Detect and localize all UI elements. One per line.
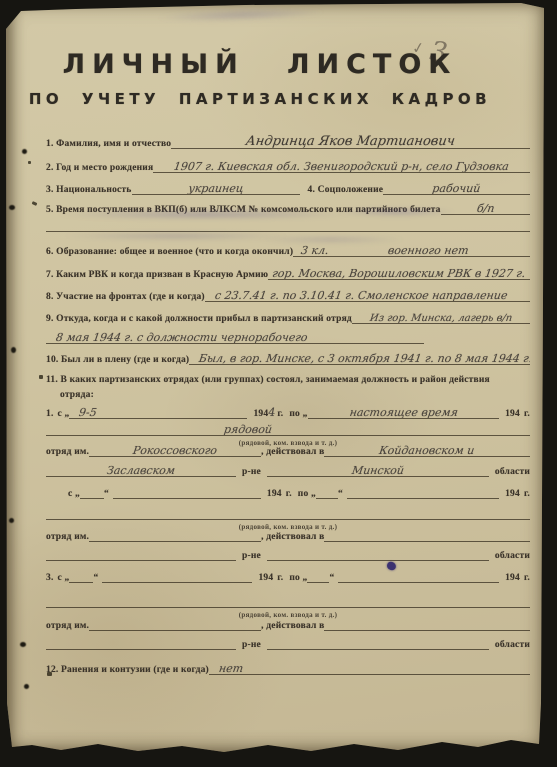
field-5-line: б/п [441,199,530,215]
field-5-label: 5. Время поступления в ВКП(б) или ВЛКСМ … [46,205,441,215]
field-row-5-continuation [46,217,530,232]
field-6-line: 3 кл. военного нет [293,241,530,257]
entry-3-from-line [102,567,252,583]
acted-label-2: , действовал в [261,532,324,542]
field-1-value: Андринца Яков Мартианович [171,134,530,149]
service-entry-2-dates: с „ “ 194 г. по „ “ 194 г. [68,484,530,499]
field-10-value: Был, в гор. Минске, с 3 октября 1941 г. … [189,352,530,365]
field-9-value-line1: Из гор. Минска, лагерь в/п [352,313,530,324]
entry-2-to-prefix: по „ [298,489,316,499]
service-entry-3-rank-row [46,593,530,608]
entry-3-to-day-line [307,567,329,583]
detachment-label-2: отряд им. [46,532,89,542]
field-12-label: 12. Ранения и контузии (где и когда) [46,665,209,675]
service-entry-1-district: Заславском р-не Минской области [46,462,530,477]
entry-3-to-line [338,567,499,583]
paper-speck [28,161,31,164]
entry-3-oblast-line [267,634,489,650]
field-9-value-line2: 8 мая 1944 г. с должности чернорабочего [46,331,424,344]
field-8-label: 8. Участие на фронтах (где и когда) [46,292,205,302]
field-2-value: 1907 г. Киевская обл. Звенигородский р-н… [153,160,530,173]
acted-label-1: , действовал в [261,447,324,457]
entry-1-acted-line1: Койдановском и [324,444,530,457]
entry-2-from-year-printed: 194 [267,489,282,499]
binding-hole [22,149,27,154]
field-row-3-4: 3. Национальность украинец 4. Соцположен… [46,180,530,195]
field-row-12: 12. Ранения и контузии (где и когда) нет [46,660,530,675]
service-entry-2-detachment: отряд им. , действовал в [46,527,530,542]
field-row-1: 1. Фамилия, имя и отчество Андринца Яков… [46,134,530,149]
service-entry-2-district: р-не области [46,546,530,561]
field-12-line: нет [209,659,530,675]
field-8-line: с 23.7.41 г. по 3.10.41 г. Смоленское на… [205,286,530,302]
entry-2-day-line [80,483,104,499]
field-row-11-line2: отряда: [46,385,530,400]
district-label-2: р-не [242,551,261,561]
entry-3-acted-line [324,615,530,631]
field-7-line: гор. Москва, Ворошиловским РВК в 1927 г. [268,264,530,280]
entry-2-to-quote: “ [338,489,343,499]
entry-3-to-quote: “ [329,573,334,583]
field-row-9: 9. Откуда, когда и с какой должности при… [46,309,530,324]
field-8-value: с 23.7.41 г. по 3.10.41 г. Смоленское на… [205,289,530,302]
entry-1-oblast-line: Минской [267,461,489,477]
field-4-value: рабочий [383,182,530,195]
entry-1-rank-line: рядовой [46,420,530,436]
district-label-3: р-не [242,640,261,650]
field-2-line: 1907 г. Киевская обл. Звенигородский р-н… [153,157,530,173]
entry-3-to-year-printed: 194 [505,573,520,583]
oblast-label-3: области [495,640,530,650]
service-entry-1-rank-row: рядовой [46,421,530,436]
service-entry-1-detachment: отряд им. Рокоссовского , действовал в К… [46,442,530,457]
entry-1-to-prefix: по „ [289,409,307,419]
field-5-line-2 [46,216,530,232]
entry-3-rank-line [46,592,530,608]
entry-2-to-day-line [316,483,338,499]
service-entry-1-dates: 1. с „ 9-5 194 4 г. по „ настоящее время… [46,404,530,419]
field-row-6: 6. Образование: общее и военное (что и к… [46,242,530,257]
service-entry-3-district: р-не области [46,635,530,650]
entry-2-detachment-line [89,526,261,542]
bleedthrough-smudge-top [156,6,326,24]
field-11-label-line1: 11. В каких партизанских отрядах (или гр… [46,375,490,385]
field-12-value: нет [209,662,530,675]
field-7-label: 7. Каким РВК и когда призван в Красную А… [46,270,268,280]
field-6-label: 6. Образование: общее и военное (что и к… [46,247,293,257]
entry-2-to-year-printed: 194 [505,489,520,499]
entry-1-acted-line2: Заславском [46,464,236,477]
scan-background: { "document": { "annotation_check": "✓",… [0,0,557,767]
entry-1-from-value: 9-5 [69,406,247,419]
field-5-value: б/п [441,202,530,215]
entry-2-quote: “ [104,489,109,499]
field-row-2: 2. Год и место рождения 1907 г. Киевская… [46,158,530,173]
entry-1-to-year-suffix: г. [524,409,530,419]
detachment-label-1: отряд им. [46,447,89,457]
entry-1-oblast-name: Минской [267,464,489,477]
form-title: ЛИЧНЫЙ ЛИСТОК [6,49,514,80]
field-row-10: 10. Был ли в плену (где и когда) Был, в … [46,350,530,365]
entry-3-day-line [69,567,93,583]
entry-1-to-line: настоящее время [308,403,500,419]
service-entry-2-rank-row [46,505,530,520]
entry-2-district-line [46,545,236,561]
entry-1-to-year-printed: 194 [505,409,520,419]
field-1-label: 1. Фамилия, имя и отчество [46,139,171,149]
binding-hole [9,205,15,210]
binding-hole [20,642,26,647]
field-3-label: 3. Национальность [46,185,132,195]
district-label-1: р-не [242,467,261,477]
field-9-line-2: 8 мая 1944 г. с должности чернорабочего [46,328,424,344]
field-4-line: рабочий [383,179,530,195]
entry-2-oblast-line [267,545,489,561]
paper-speck [32,201,38,206]
oblast-label-1: области [495,467,530,477]
entry-1-number: 1. [46,409,54,419]
entry-3-from-year-suffix: г. [277,573,283,583]
entry-2-acted-line [324,526,530,542]
entry-3-number: 3. [46,573,54,583]
field-row-5: 5. Время поступления в ВКП(б) или ВЛКСМ … [46,200,530,215]
field-10-label: 10. Был ли в плену (где и когда) [46,355,189,365]
field-row-11-line1: 11. В каких партизанских отрядах (или гр… [46,370,530,385]
binding-hole [11,347,16,353]
entry-3-to-prefix: по „ [289,573,307,583]
entry-2-rank-line [46,504,530,520]
entry-3-from-prefix: с „ [58,573,70,583]
field-6-value-general: 3 кл. [300,244,329,257]
binding-hole [9,518,14,523]
field-4-label: 4. Соцположение [308,185,384,195]
entry-3-district-line [46,634,236,650]
entry-1-detachment-line: Рокоссовского [89,441,261,457]
paper-speck [47,672,52,676]
entry-1-rank-value: рядовой [46,423,491,436]
entry-1-acted-line: Койдановском и [324,441,530,457]
field-3-line: украинец [132,179,300,195]
field-row-9-continuation: 8 мая 1944 г. с должности чернорабочего [46,329,424,344]
entry-1-detachment-name: Рокоссовского [89,444,261,457]
field-11-label-line2: отряда: [46,390,94,400]
entry-1-from-year-digit: 4 [268,406,275,419]
service-entry-3-detachment: отряд им. , действовал в [46,616,530,631]
form-subtitle: ПО УЧЕТУ ПАРТИЗАНСКИХ КАДРОВ [6,90,514,108]
service-entry-3-dates: 3. с „ “ 194 г. по „ “ 194 г. [46,568,530,583]
document-paper: ✓ 3 ЛИЧНЫЙ ЛИСТОК ПО УЧЕТУ ПАРТИЗАНСКИХ … [6,3,544,756]
field-row-7: 7. Каким РВК и когда призван в Красную А… [46,265,530,280]
entry-1-from-year-printed: 194 [253,409,268,419]
field-2-label: 2. Год и место рождения [46,163,153,173]
entry-1-district-line: Заславском [46,461,236,477]
entry-1-from-year-suffix: г. [277,409,283,419]
field-3-value: украинец [132,182,300,195]
entry-3-detachment-line [89,615,261,631]
entry-2-to-year-suffix: г. [524,489,530,499]
field-6-value-military: военного нет [387,244,469,257]
bleedthrough-smudge-item6 [61,231,291,241]
entry-2-to-line [347,483,499,499]
entry-1-from-prefix: с „ [58,409,70,419]
entry-3-to-year-suffix: г. [524,573,530,583]
entry-2-from-prefix: с „ [68,489,80,499]
field-row-8: 8. Участие на фронтах (где и когда) с 23… [46,287,530,302]
entry-3-quote: “ [93,573,98,583]
entry-3-from-year-printed: 194 [258,573,273,583]
paper-speck [39,375,43,379]
field-9-label: 9. Откуда, когда и с какой должности при… [46,314,352,324]
entry-2-from-line [113,483,261,499]
acted-label-3: , действовал в [261,621,324,631]
field-10-line: Был, в гор. Минске, с 3 октября 1941 г. … [189,349,530,365]
field-7-value: гор. Москва, Ворошиловским РВК в 1927 г. [268,267,530,280]
oblast-label-2: области [495,551,530,561]
detachment-label-3: отряд им. [46,621,89,631]
entry-1-from-line: 9-5 [69,403,247,419]
entry-2-from-year-suffix: г. [286,489,292,499]
field-1-line: Андринца Яков Мартианович [171,133,530,149]
binding-hole [24,684,29,689]
field-9-line: Из гор. Минска, лагерь в/п [352,308,530,324]
entry-1-to-value: настоящее время [308,406,500,419]
